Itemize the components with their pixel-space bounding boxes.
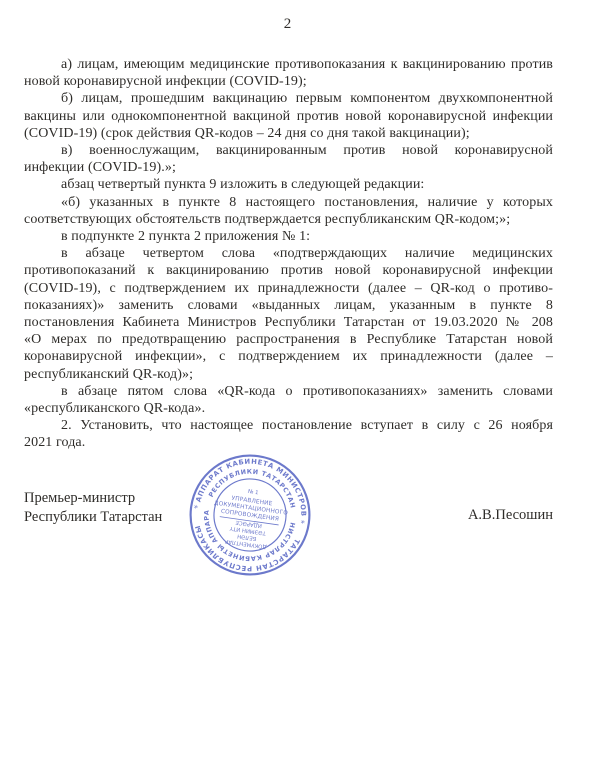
text-line: постановления Кабинета Министров Республ… (24, 314, 553, 331)
text-line: абзац четвертый пункта 9 изложить в след… (24, 176, 553, 193)
text-line: (COVID-19) (срок действия QR-кодов – 24 … (24, 125, 553, 142)
page-number: 2 (0, 16, 575, 33)
text-line: (COVID-19), с подтверждением их принадле… (24, 280, 553, 297)
text-line: в) военнослужащим, вакцинированным проти… (24, 142, 553, 159)
text-line: республиканский QR-код)»; (24, 366, 553, 383)
text-line: соответствующих обстоятельств подтвержда… (24, 211, 553, 228)
text-line: 2021 года. (24, 434, 553, 451)
text-line: новой коронавирусной инфекции (COVID-19)… (24, 73, 553, 90)
signer-title-line2: Республики Татарстан (24, 508, 162, 527)
text-line: 2. Установить, что настоящее постановлен… (24, 417, 553, 434)
document-body: а) лицам, имеющим медицинские противопок… (24, 56, 553, 452)
stamp-number: № 1 (247, 489, 258, 496)
text-line: «республиканского QR-кода». (24, 400, 553, 417)
signer-name: А.В.Песошин (468, 506, 553, 525)
text-line: «б) указанных в пункте 8 настоящего пост… (24, 194, 553, 211)
text-line: «О мерах по предотвращению распространен… (24, 331, 553, 348)
stamp-seal-icon: АППАРАТ КАБИНЕТА МИНИСТРОВ РЕСПУБЛИКИ ТА… (179, 444, 321, 586)
signer-title: Премьер-министр Республики Татарстан (24, 489, 162, 526)
text-line: а) лицам, имеющим медицинские противопок… (24, 56, 553, 73)
text-line: инфекции (COVID-19).»; (24, 159, 553, 176)
text-line: показаниях)» заменить словами «выданных … (24, 297, 553, 314)
text-line: в абзаце четвертом слова «подтверждающих… (24, 245, 553, 262)
text-line: в подпункте 2 пункта 2 приложения № 1: (24, 228, 553, 245)
text-line: вакцины или однокомпонентной вакциной пр… (24, 108, 553, 125)
text-line: б) лицам, прошедшим вакцинацию первым ко… (24, 90, 553, 107)
text-line: противопоказаний к вакцинированию против… (24, 262, 553, 279)
official-stamp: АППАРАТ КАБИНЕТА МИНИСТРОВ РЕСПУБЛИКИ ТА… (179, 444, 321, 586)
document-page: 2 а) лицам, имеющим медицинские противоп… (0, 0, 590, 772)
text-line: в абзаце пятом слова «QR-кода о противоп… (24, 383, 553, 400)
text-line: коронавирусной инфекции», с подтверждени… (24, 348, 553, 365)
signer-title-line1: Премьер-министр (24, 489, 162, 508)
stamp-star-left: * (193, 503, 198, 513)
stamp-star-right: * (300, 518, 305, 528)
